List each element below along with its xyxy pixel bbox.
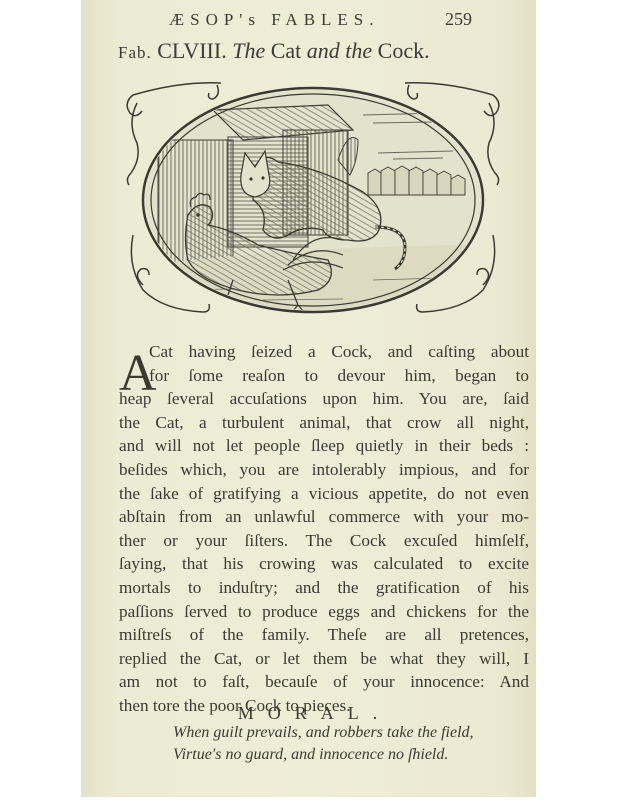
body-line: paſſions ſerved to produce eggs and chic… bbox=[119, 600, 529, 624]
fable-label: Fab. bbox=[118, 43, 152, 62]
body-line: the Cat, a turbulent animal, that crow a… bbox=[119, 411, 529, 435]
body-line: am not to faſt, becauſe of your innocenc… bbox=[119, 670, 529, 694]
moral-verse-line-1: When guilt prevails, and robbers take th… bbox=[173, 724, 474, 742]
fable-title-word-2: Cat bbox=[271, 38, 302, 63]
fable-title: Fab. CLVIII. The Cat and the Cock. bbox=[118, 38, 430, 64]
body-line: mortals to induſtry; and the gratificati… bbox=[119, 576, 529, 600]
drop-cap: A bbox=[119, 352, 157, 396]
body-line: heap ſeveral accuſations upon him. You a… bbox=[119, 387, 529, 411]
body-line: beſides which, you are intolerably impio… bbox=[119, 458, 529, 482]
running-head-title: ÆSOP's FABLES. bbox=[169, 10, 380, 30]
body-line: and will not let people ſleep quietly in… bbox=[119, 434, 529, 458]
body-line: for ſome reaſon to devour him, began to bbox=[119, 364, 529, 388]
page-number: 259 bbox=[445, 9, 472, 30]
body-line: ther or your ſiſters. The Cock excuſed h… bbox=[119, 529, 529, 553]
fable-body: A Cat having ſeized a Cock, and caſting … bbox=[119, 340, 529, 718]
body-line: ſaying, that his crowing was calculated … bbox=[119, 552, 529, 576]
body-line: miſtreſs of the family. Theſe are all pr… bbox=[119, 623, 529, 647]
cat-and-cock-woodcut-icon bbox=[113, 75, 513, 325]
body-line: the ſake of gratifying a vicious appetit… bbox=[119, 482, 529, 506]
body-line: abſtain from an unlawful commerce with y… bbox=[119, 505, 529, 529]
fable-title-word-1: The bbox=[232, 38, 265, 63]
fable-title-word-4: Cock. bbox=[378, 38, 430, 63]
fable-title-word-3: and the bbox=[307, 38, 372, 63]
woodcut-illustration bbox=[113, 75, 513, 325]
body-line: replied the Cat, or let them be what the… bbox=[119, 647, 529, 671]
moral-heading: MORAL. bbox=[81, 703, 542, 724]
body-line: Cat having ſeized a Cock, and caſting ab… bbox=[119, 340, 529, 364]
moral-verse-line-2: Virtue's no guard, and innocence no ſhie… bbox=[173, 746, 448, 764]
running-head: ÆSOP's FABLES. 259 bbox=[81, 8, 536, 32]
book-page: ÆSOP's FABLES. 259 Fab. CLVIII. The Cat … bbox=[81, 0, 536, 797]
fable-number: CLVIII. bbox=[157, 38, 226, 63]
